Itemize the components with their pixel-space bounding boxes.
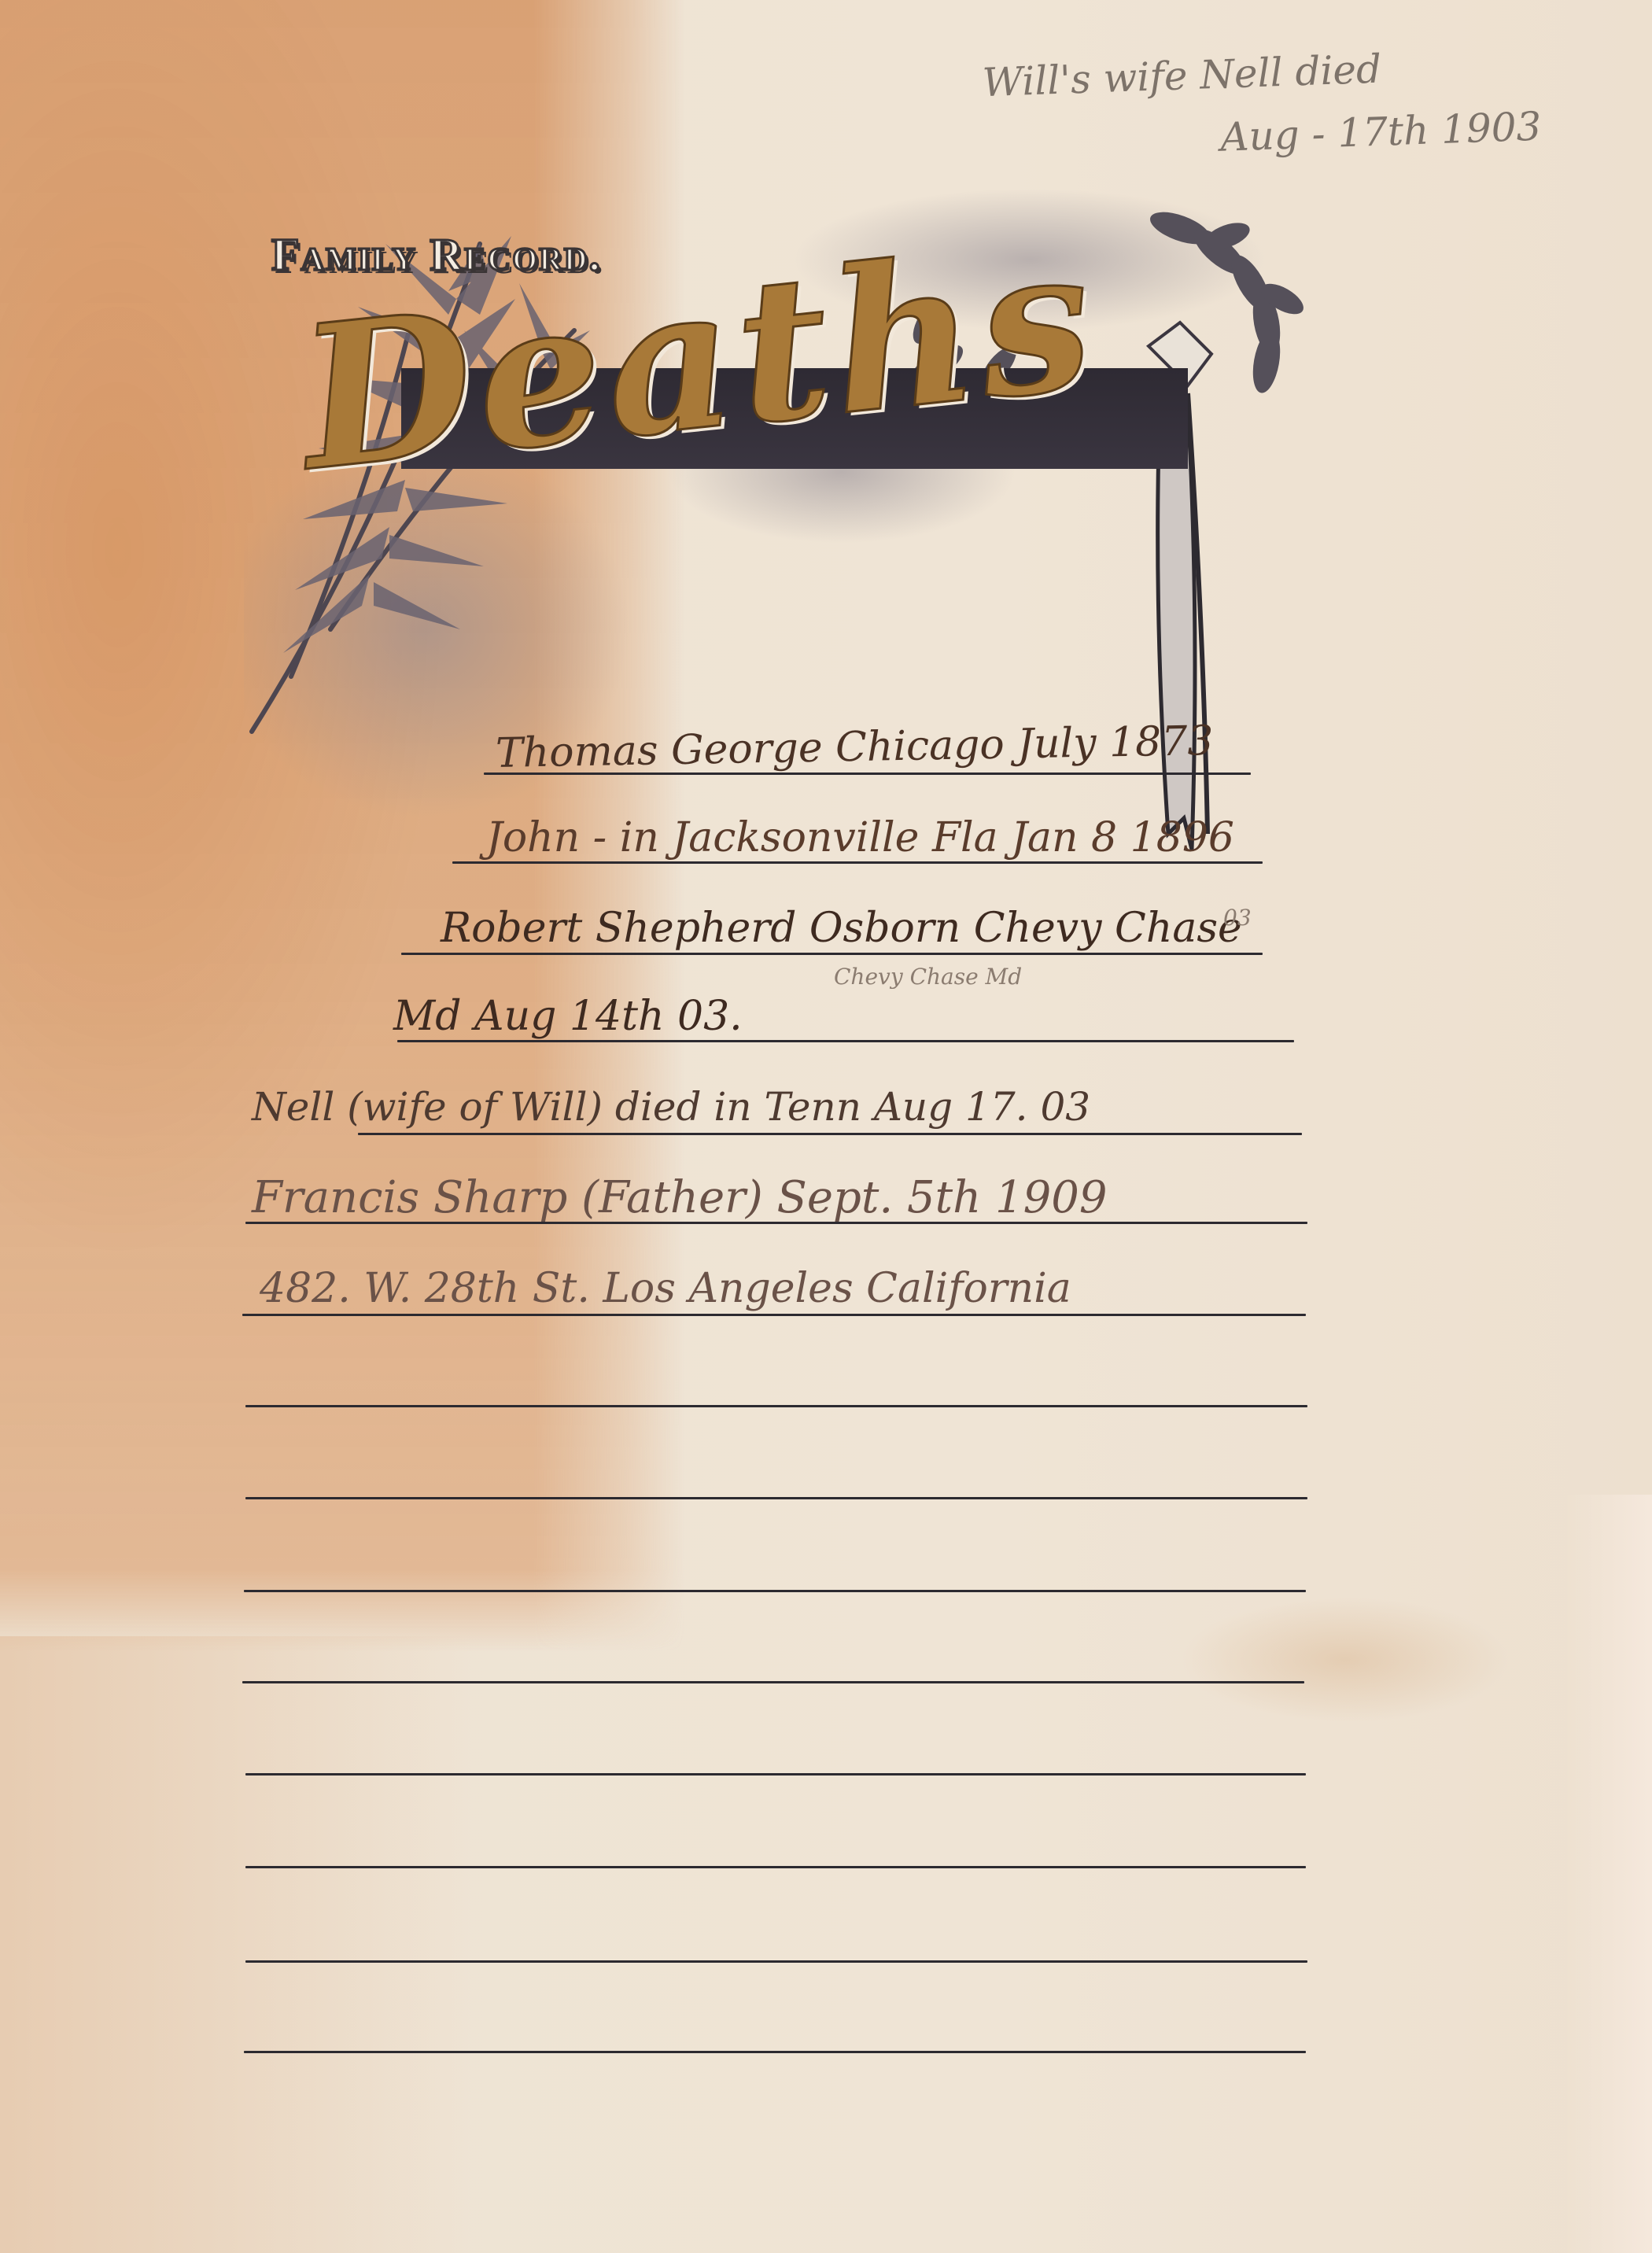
entry-francis-sharp: Francis Sharp (Father) Sept. 5th 1909 <box>252 1172 1108 1223</box>
marginal-note-line-1: Will's wife Nell died <box>982 46 1382 106</box>
ruled-line <box>397 1040 1294 1042</box>
entry-francis-address: 482. W. 28th St. Los Angeles California <box>260 1265 1071 1312</box>
ruled-line <box>245 1497 1307 1499</box>
entry-nell: Nell (wife of Will) died in Tenn Aug 17.… <box>252 1084 1090 1130</box>
entry-robert-place-date: Md Aug 14th 03. <box>393 993 743 1040</box>
ruled-line <box>452 861 1263 864</box>
ruled-line <box>244 2051 1306 2053</box>
ruled-line <box>401 953 1263 955</box>
ruled-line <box>245 1960 1307 1963</box>
ruled-line <box>242 1314 1306 1316</box>
entry-john: John - in Jacksonville Fla Jan 8 1896 <box>486 814 1234 861</box>
paper-edge-wear <box>1565 1495 1652 2253</box>
age-stain-lower <box>0 1636 472 2253</box>
marginal-note-line-2: Aug - 17th 1903 <box>983 94 1583 177</box>
record-page: Will's wife Nell died Aug - 17th 1903 <box>0 0 1652 2253</box>
ruled-line <box>244 1590 1306 1592</box>
faint-annotation-chevy-chase: Chevy Chase Md <box>834 964 1022 990</box>
ruled-line <box>245 1866 1306 1868</box>
entry-robert-shepherd: Robert Shepherd Osborn Chevy Chase <box>441 905 1242 952</box>
ruled-line <box>358 1133 1302 1135</box>
ruled-line <box>245 1405 1307 1407</box>
faint-annotation-03: 03 <box>1223 905 1252 931</box>
marginal-pencil-note: Will's wife Nell died Aug - 17th 1903 <box>981 31 1583 177</box>
ruled-line <box>242 1681 1304 1683</box>
age-stain-right <box>1180 1597 1510 1723</box>
ruled-line <box>245 1773 1306 1775</box>
